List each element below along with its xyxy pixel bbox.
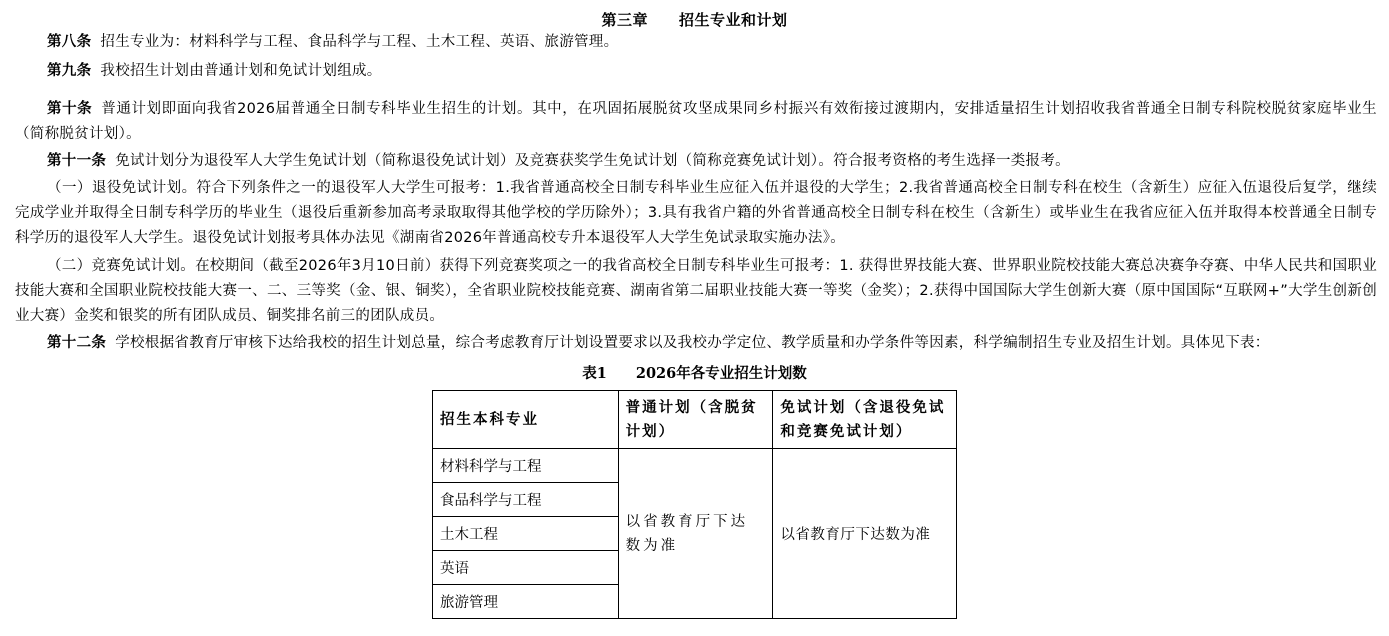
header-major: 招生本科专业	[433, 391, 619, 449]
table-row: 材料科学与工程 以省教育厅下达数为准 以省教育厅下达数为准	[433, 449, 957, 483]
article-label: 第八条	[47, 33, 91, 50]
article-label: 第十条	[47, 100, 92, 117]
article-11: 第十一条免试计划分为退役军人大学生免试计划（简称退役免试计划）及竞赛获奖学生免试…	[15, 148, 1377, 174]
article-9: 第九条我校招生计划由普通计划和免试计划组成。	[15, 58, 1377, 84]
major-cell: 旅游管理	[433, 585, 619, 619]
major-cell: 食品科学与工程	[433, 483, 619, 517]
regular-plan-cell: 以省教育厅下达数为准	[618, 449, 773, 619]
table-caption: 表1 2026年各专业招生计划数	[0, 362, 1389, 383]
major-cell: 土木工程	[433, 517, 619, 551]
header-regular-plan: 普通计划（含脱贫计划）	[618, 391, 773, 449]
article-12: 第十二条学校根据省教育厅审核下达给我校的招生计划总量，综合考虑教育厅计划设置要求…	[15, 330, 1377, 356]
article-label: 第十二条	[47, 334, 106, 351]
article-label: 第九条	[47, 62, 91, 79]
article-text: 招生专业为：材料科学与工程、食品科学与工程、土木工程、英语、旅游管理。	[100, 34, 618, 50]
article-10: 第十条普通计划即面向我省2026届普通全日制专科毕业生招生的计划。其中，在巩固拓…	[15, 96, 1377, 147]
document-page: 第三章 招生专业和计划 第八条招生专业为：材料科学与工程、食品科学与工程、土木工…	[0, 0, 1389, 636]
exempt-plan-cell: 以省教育厅下达数为准	[773, 449, 957, 619]
subsection-competition-exempt: （二）竞赛免试计划。在校期间（截至2026年3月10日前）获得下列竞赛奖项之一的…	[15, 254, 1377, 329]
article-text: 免试计划分为退役军人大学生免试计划（简称退役免试计划）及竞赛获奖学生免试计划（简…	[115, 153, 1070, 169]
subsection-veteran-exempt: （一）退役免试计划。符合下列条件之一的退役军人大学生可报考：1.我省普通高校全日…	[15, 176, 1377, 251]
table-header-row: 招生本科专业 普通计划（含脱贫计划） 免试计划（含退役免试和竞赛免试计划）	[433, 391, 957, 449]
header-exempt-plan: 免试计划（含退役免试和竞赛免试计划）	[773, 391, 957, 449]
chapter-title: 第三章 招生专业和计划	[0, 9, 1389, 30]
article-text: 我校招生计划由普通计划和免试计划组成。	[100, 63, 381, 79]
major-cell: 材料科学与工程	[433, 449, 619, 483]
article-text: 普通计划即面向我省2026届普通全日制专科毕业生招生的计划。其中，在巩固拓展脱贫…	[15, 101, 1377, 142]
article-label: 第十一条	[47, 152, 106, 169]
article-text: 学校根据省教育厅审核下达给我校的招生计划总量，综合考虑教育厅计划设置要求以及我校…	[115, 335, 1269, 351]
major-cell: 英语	[433, 551, 619, 585]
article-8: 第八条招生专业为：材料科学与工程、食品科学与工程、土木工程、英语、旅游管理。	[15, 29, 1377, 55]
enrollment-plan-table: 招生本科专业 普通计划（含脱贫计划） 免试计划（含退役免试和竞赛免试计划） 材料…	[432, 390, 957, 619]
